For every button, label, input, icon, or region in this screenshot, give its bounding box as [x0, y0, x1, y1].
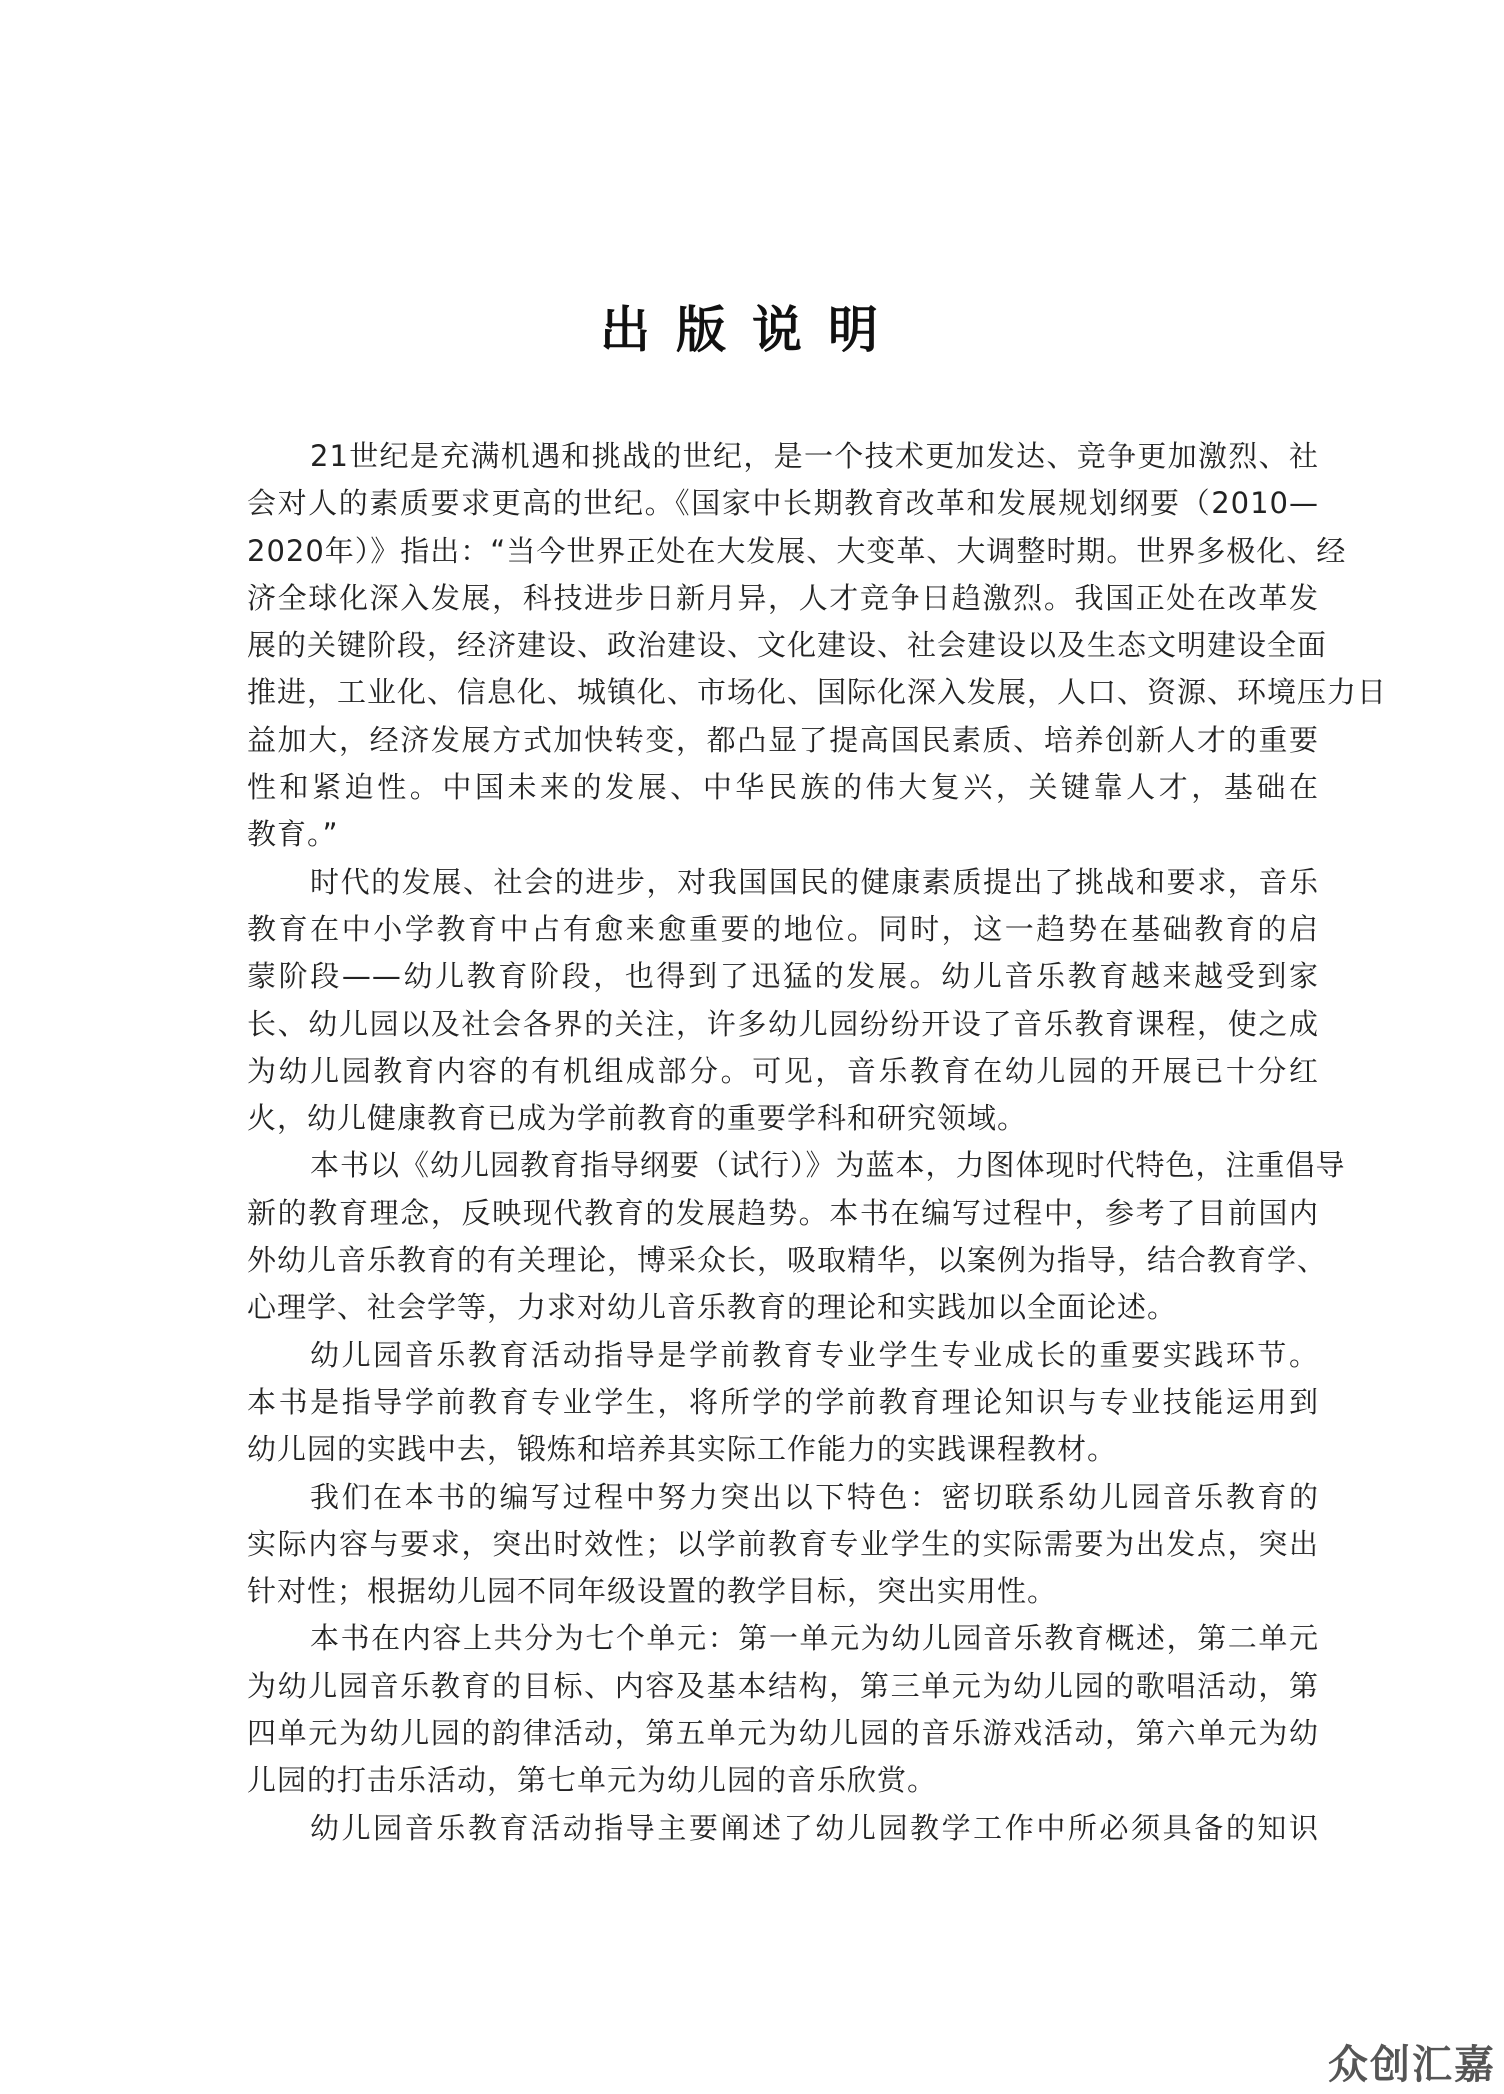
text-line: 教育。” — [247, 811, 1319, 858]
paragraph: 时代的发展、社会的进步，对我国国民的健康素质提出了挑战和要求，音乐 教育在中小学… — [247, 859, 1319, 1143]
text-line: 会对人的素质要求更高的世纪。《国家中长期教育改革和发展规划纲要（2010— — [247, 480, 1319, 527]
text-line: 实际内容与要求，突出时效性；以学前教育专业学生的实际需要为出发点，突出 — [247, 1521, 1319, 1568]
text-line: 为幼儿园教育内容的有机组成部分。可见，音乐教育在幼儿园的开展已十分红 — [247, 1048, 1319, 1095]
text-line: 21世纪是充满机遇和挑战的世纪，是一个技术更加发达、竞争更加激烈、社 — [247, 433, 1319, 480]
text-line: 时代的发展、社会的进步，对我国国民的健康素质提出了挑战和要求，音乐 — [247, 859, 1319, 906]
text-line: 儿园的打击乐活动，第七单元为幼儿园的音乐欣赏。 — [247, 1757, 1319, 1804]
paragraph: 21世纪是充满机遇和挑战的世纪，是一个技术更加发达、竞争更加激烈、社 会对人的素… — [247, 433, 1319, 859]
document-page: 出版说明 21世纪是充满机遇和挑战的世纪，是一个技术更加发达、竞争更加激烈、社 … — [0, 0, 1504, 2094]
paragraph: 我们在本书的编写过程中努力突出以下特色：密切联系幼儿园音乐教育的 实际内容与要求… — [247, 1474, 1319, 1616]
text-line: 本书是指导学前教育专业学生，将所学的学前教育理论知识与专业技能运用到 — [247, 1379, 1319, 1426]
paragraph: 幼儿园音乐教育活动指导主要阐述了幼儿园教学工作中所必须具备的知识 — [247, 1805, 1319, 1852]
text-line: 幼儿园音乐教育活动指导是学前教育专业学生专业成长的重要实践环节。 — [247, 1332, 1319, 1379]
text-line: 本书在内容上共分为七个单元：第一单元为幼儿园音乐教育概述，第二单元 — [247, 1615, 1319, 1662]
text-line: 外幼儿音乐教育的有关理论，博采众长，吸取精华，以案例为指导，结合教育学、 — [247, 1237, 1319, 1284]
document-body: 21世纪是充满机遇和挑战的世纪，是一个技术更加发达、竞争更加激烈、社 会对人的素… — [247, 433, 1319, 1852]
text-line: 为幼儿园音乐教育的目标、内容及基本结构，第三单元为幼儿园的歌唱活动，第 — [247, 1663, 1319, 1710]
text-line: 幼儿园的实践中去，锻炼和培养其实际工作能力的实践课程教材。 — [247, 1426, 1319, 1473]
text-line: 幼儿园音乐教育活动指导主要阐述了幼儿园教学工作中所必须具备的知识 — [247, 1805, 1319, 1852]
text-line: 2020年）》指出：“当今世界正处在大发展、大变革、大调整时期。世界多极化、经 — [247, 528, 1319, 575]
text-line: 我们在本书的编写过程中努力突出以下特色：密切联系幼儿园音乐教育的 — [247, 1474, 1319, 1521]
text-line: 心理学、社会学等，力求对幼儿音乐教育的理论和实践加以全面论述。 — [247, 1284, 1319, 1331]
text-line: 蒙阶段——幼儿教育阶段，也得到了迅猛的发展。幼儿音乐教育越来越受到家 — [247, 953, 1319, 1000]
text-line: 四单元为幼儿园的韵律活动，第五单元为幼儿园的音乐游戏活动，第六单元为幼 — [247, 1710, 1319, 1757]
text-line: 新的教育理念，反映现代教育的发展趋势。本书在编写过程中，参考了目前国内 — [247, 1190, 1319, 1237]
text-line: 本书以《幼儿园教育指导纲要（试行）》为蓝本，力图体现时代特色，注重倡导 — [247, 1142, 1319, 1189]
paragraph: 幼儿园音乐教育活动指导是学前教育专业学生专业成长的重要实践环节。 本书是指导学前… — [247, 1332, 1319, 1474]
text-line: 推进，工业化、信息化、城镇化、市场化、国际化深入发展，人口、资源、环境压力日 — [247, 669, 1319, 716]
paragraph: 本书以《幼儿园教育指导纲要（试行）》为蓝本，力图体现时代特色，注重倡导 新的教育… — [247, 1142, 1319, 1331]
text-line: 火，幼儿健康教育已成为学前教育的重要学科和研究领域。 — [247, 1095, 1319, 1142]
text-line: 济全球化深入发展，科技进步日新月异，人才竞争日趋激烈。我国正处在改革发 — [247, 575, 1319, 622]
text-line: 展的关键阶段，经济建设、政治建设、文化建设、社会建设以及生态文明建设全面 — [247, 622, 1319, 669]
watermark-logo: 众创汇嘉 — [1328, 2033, 1496, 2090]
text-line: 针对性；根据幼儿园不同年级设置的教学目标，突出实用性。 — [247, 1568, 1319, 1615]
text-line: 教育在中小学教育中占有愈来愈重要的地位。同时，这一趋势在基础教育的启 — [247, 906, 1319, 953]
text-line: 益加大，经济发展方式加快转变，都凸显了提高国民素质、培养创新人才的重要 — [247, 717, 1319, 764]
text-line: 性和紧迫性。中国未来的发展、中华民族的伟大复兴，关键靠人才，基础在 — [247, 764, 1319, 811]
page-title: 出版说明 — [0, 290, 1504, 362]
text-line: 长、幼儿园以及社会各界的关注，许多幼儿园纷纷开设了音乐教育课程，使之成 — [247, 1001, 1319, 1048]
paragraph: 本书在内容上共分为七个单元：第一单元为幼儿园音乐教育概述，第二单元 为幼儿园音乐… — [247, 1615, 1319, 1804]
